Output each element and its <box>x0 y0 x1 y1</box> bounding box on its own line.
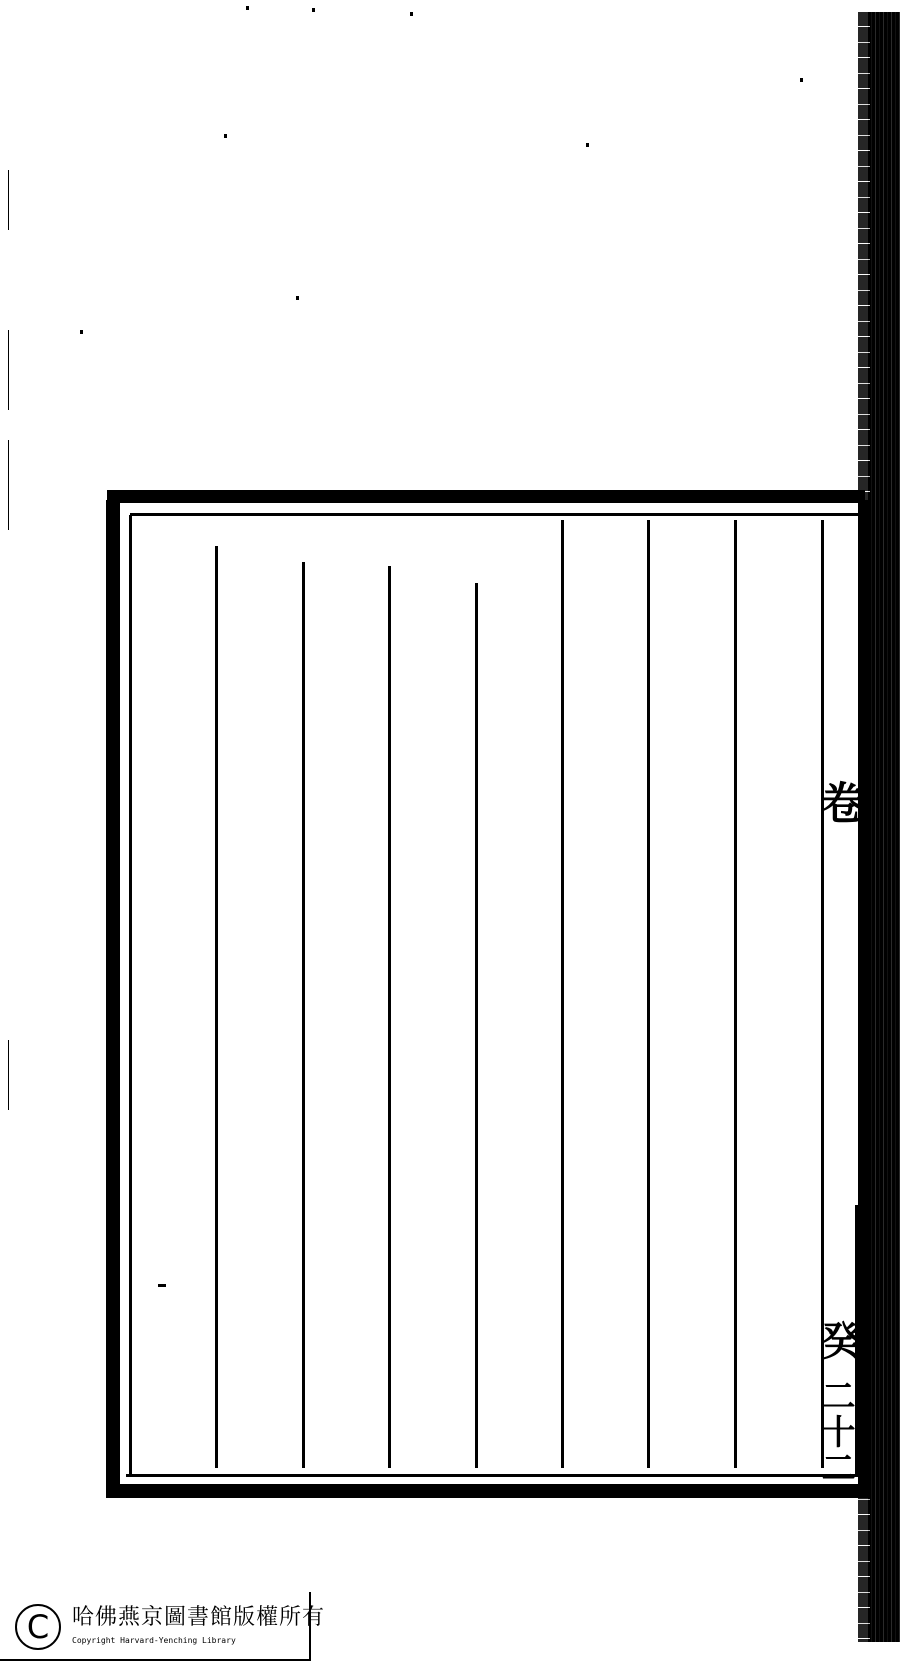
ink-speck <box>158 1284 166 1287</box>
margin-mark <box>8 440 9 530</box>
ink-speck <box>586 143 589 147</box>
column-rule <box>561 520 564 1468</box>
column-rule <box>388 566 391 1468</box>
frame-bottom-inner-line <box>126 1474 858 1477</box>
column-rule <box>734 520 737 1468</box>
frame-top-inner-line <box>130 513 858 516</box>
column-rule <box>647 520 650 1468</box>
frame-top-border <box>107 490 865 503</box>
margin-mark <box>8 330 9 410</box>
ink-speck <box>296 296 299 300</box>
copyright-icon: C <box>15 1604 61 1650</box>
column-rule <box>475 583 478 1468</box>
copyright-english-text: Copyright Harvard-Yenching Library <box>72 1636 236 1645</box>
frame-left-border <box>106 500 120 1498</box>
column-rule <box>302 562 305 1468</box>
ink-speck <box>246 6 249 10</box>
frame-left-inner-line <box>129 515 132 1475</box>
page-number: 二十二 <box>818 1378 852 1486</box>
column-rule <box>215 546 218 1468</box>
volume-mark: 癸 <box>818 1320 858 1362</box>
frame-bottom-border <box>106 1484 866 1498</box>
title-fragment: 卷 <box>824 780 860 860</box>
ink-speck <box>312 8 315 12</box>
margin-mark <box>8 1040 9 1110</box>
ink-speck <box>410 12 413 16</box>
copyright-chinese-text: 哈佛燕京圖書館版權所有 <box>72 1600 325 1631</box>
page-edge-strip <box>868 12 900 1642</box>
ink-speck <box>224 134 227 138</box>
copyright-stamp: C 哈佛燕京圖書館版權所有 Copyright Harvard-Yenching… <box>0 1592 311 1661</box>
ink-speck <box>800 78 803 82</box>
margin-mark <box>8 170 9 230</box>
ink-speck <box>80 330 83 334</box>
